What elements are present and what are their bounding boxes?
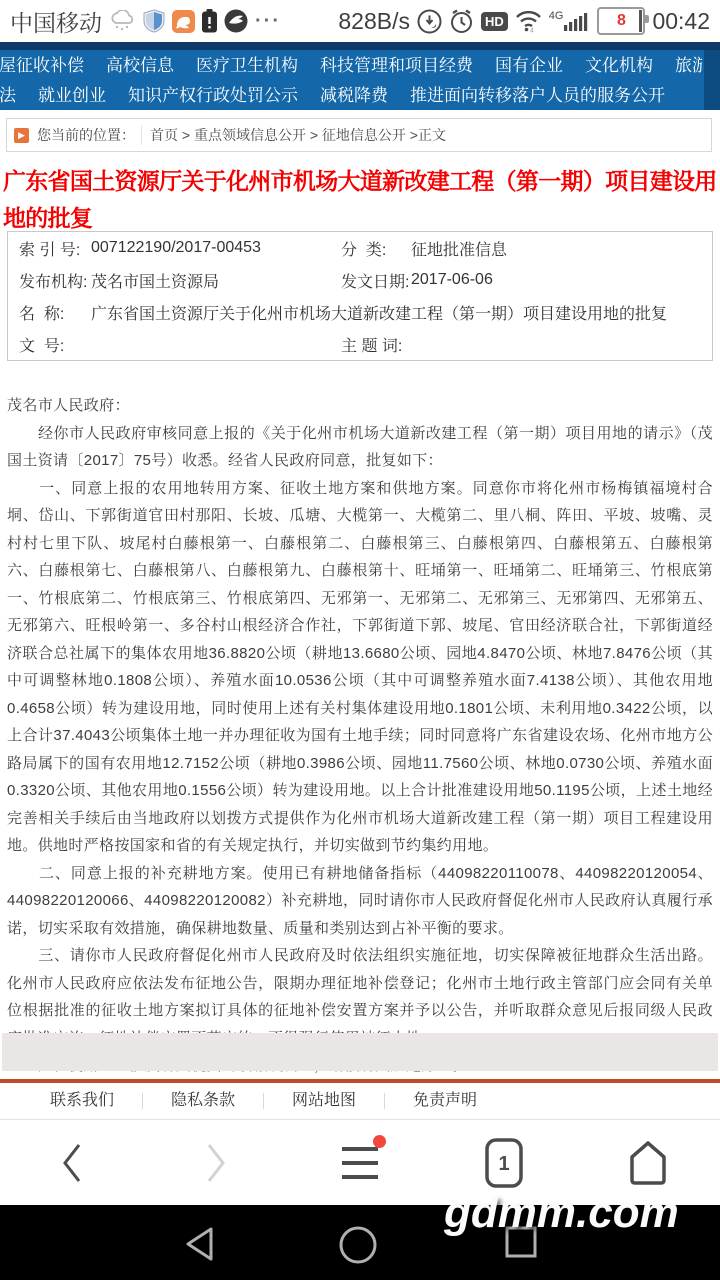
meta-docno-label: 文 号: [19, 333, 91, 356]
battery-app-icon [202, 9, 217, 33]
status-left-group: 中国移动 ··· [10, 5, 281, 38]
table-row: 索 引 号: 007122190/2017-00453 分 类: 征地批准信息 [8, 232, 712, 264]
breadcrumb-arrow-icon: ▶ [14, 128, 29, 143]
alarm-clock-icon [449, 9, 474, 34]
wifi-icon: 4 [515, 9, 542, 33]
nav-menu-item[interactable]: 减税降费 [320, 81, 388, 110]
nav-menu-item[interactable]: 高校信息 [106, 51, 174, 81]
status-right-group: 828B/s HD 4 4G [338, 7, 710, 35]
nav-menu-item[interactable]: 房屋征收补偿 [0, 51, 84, 81]
hd-voice-icon: HD [481, 12, 508, 31]
data-saver-icon [417, 9, 442, 34]
carrier-label: 中国移动 [10, 5, 102, 38]
page-title: 广东省国土资源厅关于化州市机场大道新改建工程（第一期）项目建设用地的批复 [3, 163, 719, 237]
watermark: gdmm.com [444, 1188, 679, 1238]
nav-menu-item[interactable]: 医疗卫生机构 [196, 51, 298, 81]
nav-row-2: 执法就业创业知识产权行政处罚公示减税降费推进面向转移落户人员的服务公开 [0, 81, 702, 110]
nav-menu-item[interactable]: 执法 [0, 81, 16, 110]
footer-links: 联系我们隐私条款网站地图免责声明 [0, 1083, 720, 1120]
meta-publisher-value: 茂名市国土资源局 [91, 269, 341, 292]
table-row: 名 称: 广东省国土资源厅关于化州市机场大道新改建工程（第一期）项目建设用地的批… [8, 296, 712, 328]
breadcrumb: ▶ 您当前的位置： 首页 > 重点领域信息公开 > 征地信息公开 >正文 [6, 118, 712, 152]
browser-bird-icon [224, 9, 248, 33]
table-row: 发布机构: 茂名市国土资源局 发文日期: 2017-06-06 [8, 264, 712, 296]
paragraph: 二、同意上报的补充耕地方案。使用已有耕地储备指标（44098220110078、… [7, 860, 713, 943]
footer-gray-band [2, 1033, 718, 1071]
status-bar: 中国移动 ··· [0, 0, 720, 42]
footer-link[interactable]: 网站地图 [292, 1093, 385, 1109]
nav-menu-item[interactable]: 知识产权行政处罚公示 [128, 81, 298, 110]
nav-menu-item[interactable]: 科技管理和项目经费 [320, 51, 473, 81]
security-shield-icon [143, 9, 165, 33]
svg-text:4: 4 [530, 28, 534, 34]
footer-link[interactable]: 免责声明 [413, 1093, 505, 1109]
meta-date-value: 2017-06-06 [411, 271, 712, 289]
meta-publisher-label: 发布机构: [19, 269, 91, 292]
back-button[interactable] [32, 1133, 112, 1193]
paragraph-list: 经你市人民政府审核同意上报的《关于化州市机场大道新改建工程（第一期）项目用地的请… [7, 420, 713, 1108]
footer-link[interactable]: 隐私条款 [171, 1093, 264, 1109]
nav-row-1: 房屋征收补偿高校信息医疗卫生机构科技管理和项目经费国有企业文化机构旅游市场监管 [0, 51, 702, 81]
nav-menu-item[interactable]: 旅游市场监管 [675, 51, 702, 81]
network-type-badge: 4G [549, 10, 564, 22]
footer-link[interactable]: 联系我们 [50, 1093, 143, 1109]
table-row: 文 号: 主 题 词: [8, 328, 712, 360]
meta-index-label: 索 引 号: [19, 237, 91, 260]
forward-button[interactable] [176, 1133, 256, 1193]
network-speed: 828B/s [338, 8, 410, 35]
home-button[interactable] [608, 1133, 688, 1193]
weather-cloud-icon [109, 10, 136, 32]
meta-name-value: 广东省国土资源厅关于化州市机场大道新改建工程（第一期）项目建设用地的批复 [91, 301, 712, 324]
battery-percent: 8 [617, 12, 626, 30]
document-meta-table: 索 引 号: 007122190/2017-00453 分 类: 征地批准信息 … [7, 231, 713, 361]
battery-fill [639, 10, 642, 32]
android-home-icon[interactable] [338, 1225, 378, 1265]
meta-index-value: 007122190/2017-00453 [91, 239, 341, 257]
menu-notification-dot [373, 1135, 386, 1148]
nav-menu-item[interactable]: 国有企业 [495, 51, 563, 81]
menu-button[interactable] [320, 1133, 400, 1193]
breadcrumb-trail[interactable]: 首页 > 重点领域信息公开 > 征地信息公开 >正文 [142, 125, 446, 145]
phone-screen: 中国移动 ··· [0, 0, 720, 1280]
salutation: 茂名市人民政府： [7, 392, 713, 420]
site-nav-menu: 房屋征收补偿高校信息医疗卫生机构科技管理和项目经费国有企业文化机构旅游市场监管 … [0, 42, 720, 110]
nav-menu-item[interactable]: 就业创业 [38, 81, 106, 110]
tabs-button[interactable]: 1 [464, 1133, 544, 1193]
nav-top-strip [0, 42, 720, 50]
battery-icon: 8 [597, 7, 645, 35]
nav-right-strip [704, 50, 720, 110]
nav-menu-item[interactable]: 推进面向转移落户人员的服务公开 [410, 81, 665, 110]
meta-date-label: 发文日期: [341, 269, 411, 292]
paragraph: 一、同意上报的农用地转用方案、征收土地方案和供地方案。同意你市将化州市杨梅镇福境… [7, 475, 713, 860]
nav-menu-item[interactable]: 文化机构 [585, 51, 653, 81]
signal-bars-icon: 4G [549, 10, 591, 32]
meta-category-value: 征地批准信息 [411, 237, 712, 260]
uc-browser-icon [172, 10, 195, 33]
clock-time: 00:42 [652, 8, 710, 35]
paragraph: 经你市人民政府审核同意上报的《关于化州市机场大道新改建工程（第一期）项目用地的请… [7, 420, 713, 475]
android-back-icon[interactable] [183, 1225, 217, 1263]
status-more-icon: ··· [255, 10, 281, 33]
meta-name-label: 名 称: [19, 301, 91, 324]
breadcrumb-label: 您当前的位置： [37, 125, 142, 145]
tab-count: 1 [498, 1153, 509, 1175]
meta-keywords-label: 主 题 词: [341, 333, 411, 356]
meta-category-label: 分 类: [341, 237, 411, 260]
